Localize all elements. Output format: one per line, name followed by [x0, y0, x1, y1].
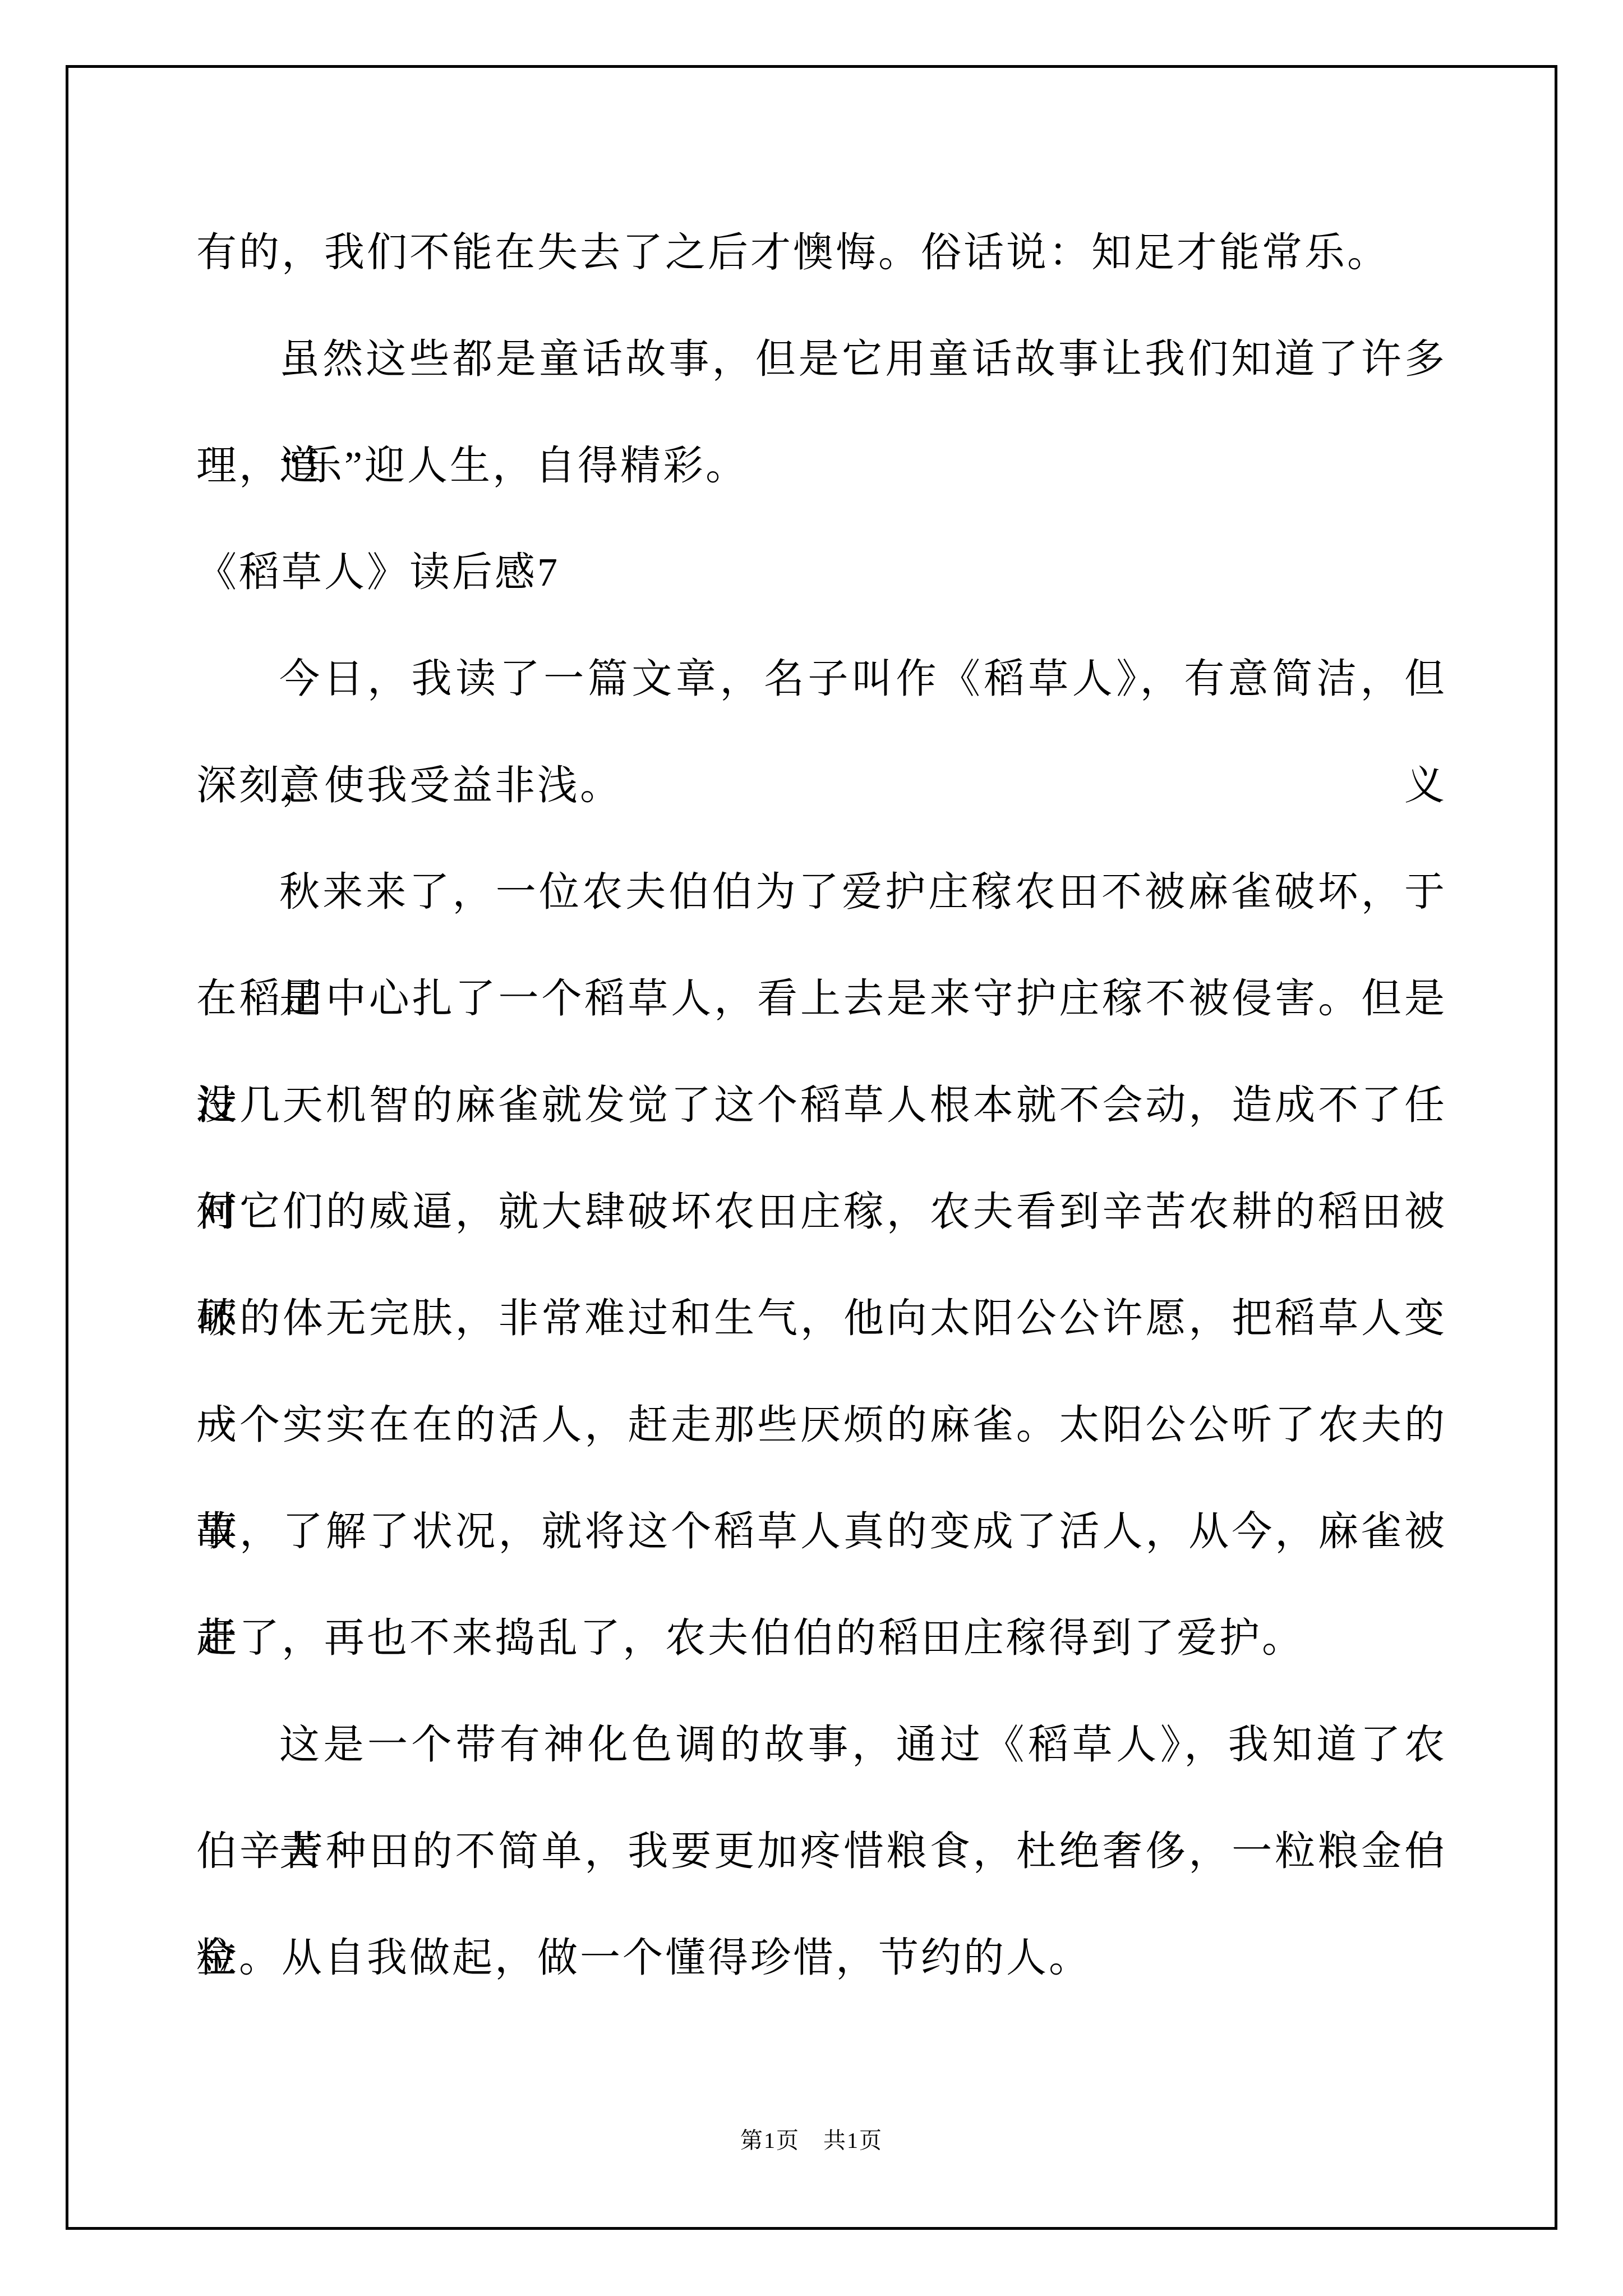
text-line: 走了，再也不来捣乱了，农夫伯伯的稻田庄稼得到了爱护。 [196, 1585, 1447, 1691]
page-number-label: 第1页 [740, 2128, 800, 2153]
text-line: 伯辛苦种田的不简单，我要更加疼惜粮食，杜绝奢侈，一粒粮金一粒 [196, 1798, 1447, 1904]
text-line: 今日，我读了一篇文章，名子叫作《稻草人》，有意简洁，但意义 [196, 625, 1447, 732]
page-footer: 第1页共1页 [66, 2124, 1557, 2157]
document-body: 有的，我们不能在失去了之后才懊悔。俗话说：知足才能常乐。 虽然这些都是童话故事，… [196, 199, 1447, 2011]
section-heading: 《稻草人》读后感7 [196, 519, 1447, 625]
text-line: 坏的体无完肤，非常难过和生气，他向太阳公公许愿，把稻草人变成 [196, 1265, 1447, 1372]
text-line: 这是一个带有神化色调的故事，通过《稻草人》，我知道了农夫伯 [196, 1691, 1447, 1798]
text-line: 金。从自我做起，做一个懂得珍惜，节约的人。 [196, 1904, 1447, 2011]
page-count-label: 共1页 [823, 2128, 883, 2153]
text-line: 理，“乐”迎人生，自得精彩。 [196, 412, 1447, 519]
text-line: 秋来来了，一位农夫伯伯为了爱护庄稼农田不被麻雀破坏，于是 [196, 839, 1447, 945]
text-line: 虽然这些都是童话故事，但是它用童话故事让我们知道了许多道 [196, 306, 1447, 412]
text-line: 有的，我们不能在失去了之后才懊悔。俗话说：知足才能常乐。 [196, 199, 1447, 306]
text-line: 过几天机智的麻雀就发觉了这个稻草人根本就不会动，造成不了任何 [196, 1052, 1447, 1158]
text-line: 对它们的威逼，就大肆破坏农田庄稼，农夫看到辛苦农耕的稻田被破 [196, 1158, 1447, 1265]
text-line: 在稻田中心扎了一个稻草人，看上去是来守护庄稼不被侵害。但是没 [196, 945, 1447, 1052]
text-line: 事，了解了状况，就将这个稻草人真的变成了活人，从今，麻雀被赶 [196, 1478, 1447, 1585]
text-line: 一个实实在在的活人，赶走那些厌烦的麻雀。太阳公公听了农夫的故 [196, 1372, 1447, 1478]
